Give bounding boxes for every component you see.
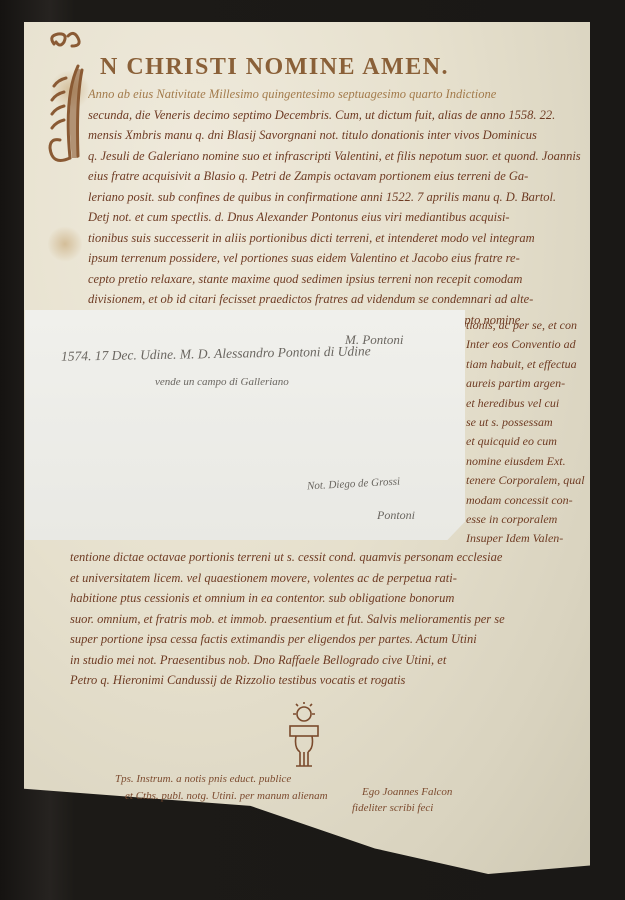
slip-notary-note: Not. Diego de Grossi <box>307 476 401 493</box>
text-line: Detj not. et cum spectlis. d. Dnus Alexa… <box>88 207 608 228</box>
text-line: mensis Xmbris manu q. dni Blasij Savorgn… <box>88 125 608 146</box>
text-line: in studio mei not. Praesentibus nob. Dno… <box>70 650 610 671</box>
deed-text-lower: tentione dictae octavae portionis terren… <box>70 547 610 691</box>
slip-main-note: 1574. 17 Dec. Udine. M. D. Alessandro Po… <box>61 343 371 364</box>
text-line: et heredibus vel cui <box>466 394 586 413</box>
text-line: et quicquid eo cum <box>466 432 586 451</box>
deed-text-upper: Anno ab eius Nativitate Millesimo quinge… <box>88 84 608 330</box>
text-line: Inter eos Conventio ad <box>466 335 586 354</box>
text-line: divisionem, et ob id citari fecisset pra… <box>88 289 608 310</box>
text-line: Petro q. Hieronimi Candussij de Rizzolio… <box>70 670 610 691</box>
slip-sub-note: vende un campo di Galleriano <box>155 376 289 388</box>
text-line: se ut s. possessam <box>466 413 586 432</box>
archival-slip: M. Pontoni 1574. 17 Dec. Udine. M. D. Al… <box>25 310 465 540</box>
text-line: tentione dictae octavae portionis terren… <box>70 547 610 568</box>
document-heading: N CHRISTI NOMINE AMEN. <box>100 54 449 81</box>
notary-subscription-line: Tps. Instrum. a notis pnis educt. public… <box>115 773 291 785</box>
text-line: modam concessit con- <box>466 491 586 510</box>
text-line: leriano posit. sub confines de quibus in… <box>88 187 608 208</box>
text-line: ipsum terrenum possidere, vel portiones … <box>88 248 608 269</box>
illuminated-initial-icon <box>44 30 94 170</box>
text-line: Insuper Idem Valen- <box>466 529 586 548</box>
text-line: secunda, die Veneris decimo septimo Dece… <box>88 105 608 126</box>
notary-signum-icon <box>278 702 330 770</box>
notary-subscription-line: et Ctbs. publ. notg. Utini. per manum al… <box>125 790 328 802</box>
text-line: tiam habuit, et effectua <box>466 355 586 374</box>
text-line: Anno ab eius Nativitate Millesimo quinge… <box>88 84 608 105</box>
text-line: tionis, ac per se, et con <box>466 316 586 335</box>
text-line: q. Jesuli de Galeriano nomine suo et inf… <box>88 146 608 167</box>
text-line: et universitatem licem. vel quaestionem … <box>70 568 610 589</box>
text-line: nomine eiusdem Ext. <box>466 452 586 471</box>
text-line: habitione ptus cessionis et omnium in ea… <box>70 588 610 609</box>
text-line: esse in corporalem <box>466 510 586 529</box>
notary-subscription-line: fideliter scribi feci <box>352 802 433 814</box>
stain <box>48 225 82 263</box>
text-line: eius fratre acquisivit a Blasio q. Petri… <box>88 166 608 187</box>
text-line: tionibus suis successerit in aliis porti… <box>88 228 608 249</box>
text-line: super portione ipsa cessa factis extiman… <box>70 629 610 650</box>
notary-name: Ego Joannes Falcon <box>362 786 452 798</box>
slip-signature: Pontoni <box>377 508 415 523</box>
text-line: suor. omnium, et fratris mob. et immob. … <box>70 609 610 630</box>
deed-text-right-margin: tionis, ac per se, et con Inter eos Conv… <box>466 316 586 549</box>
text-line: cepto pretio relaxare, stante maxime quo… <box>88 269 608 290</box>
text-line: tenere Corporalem, qual <box>466 471 586 490</box>
text-line: aureis partim argen- <box>466 374 586 393</box>
